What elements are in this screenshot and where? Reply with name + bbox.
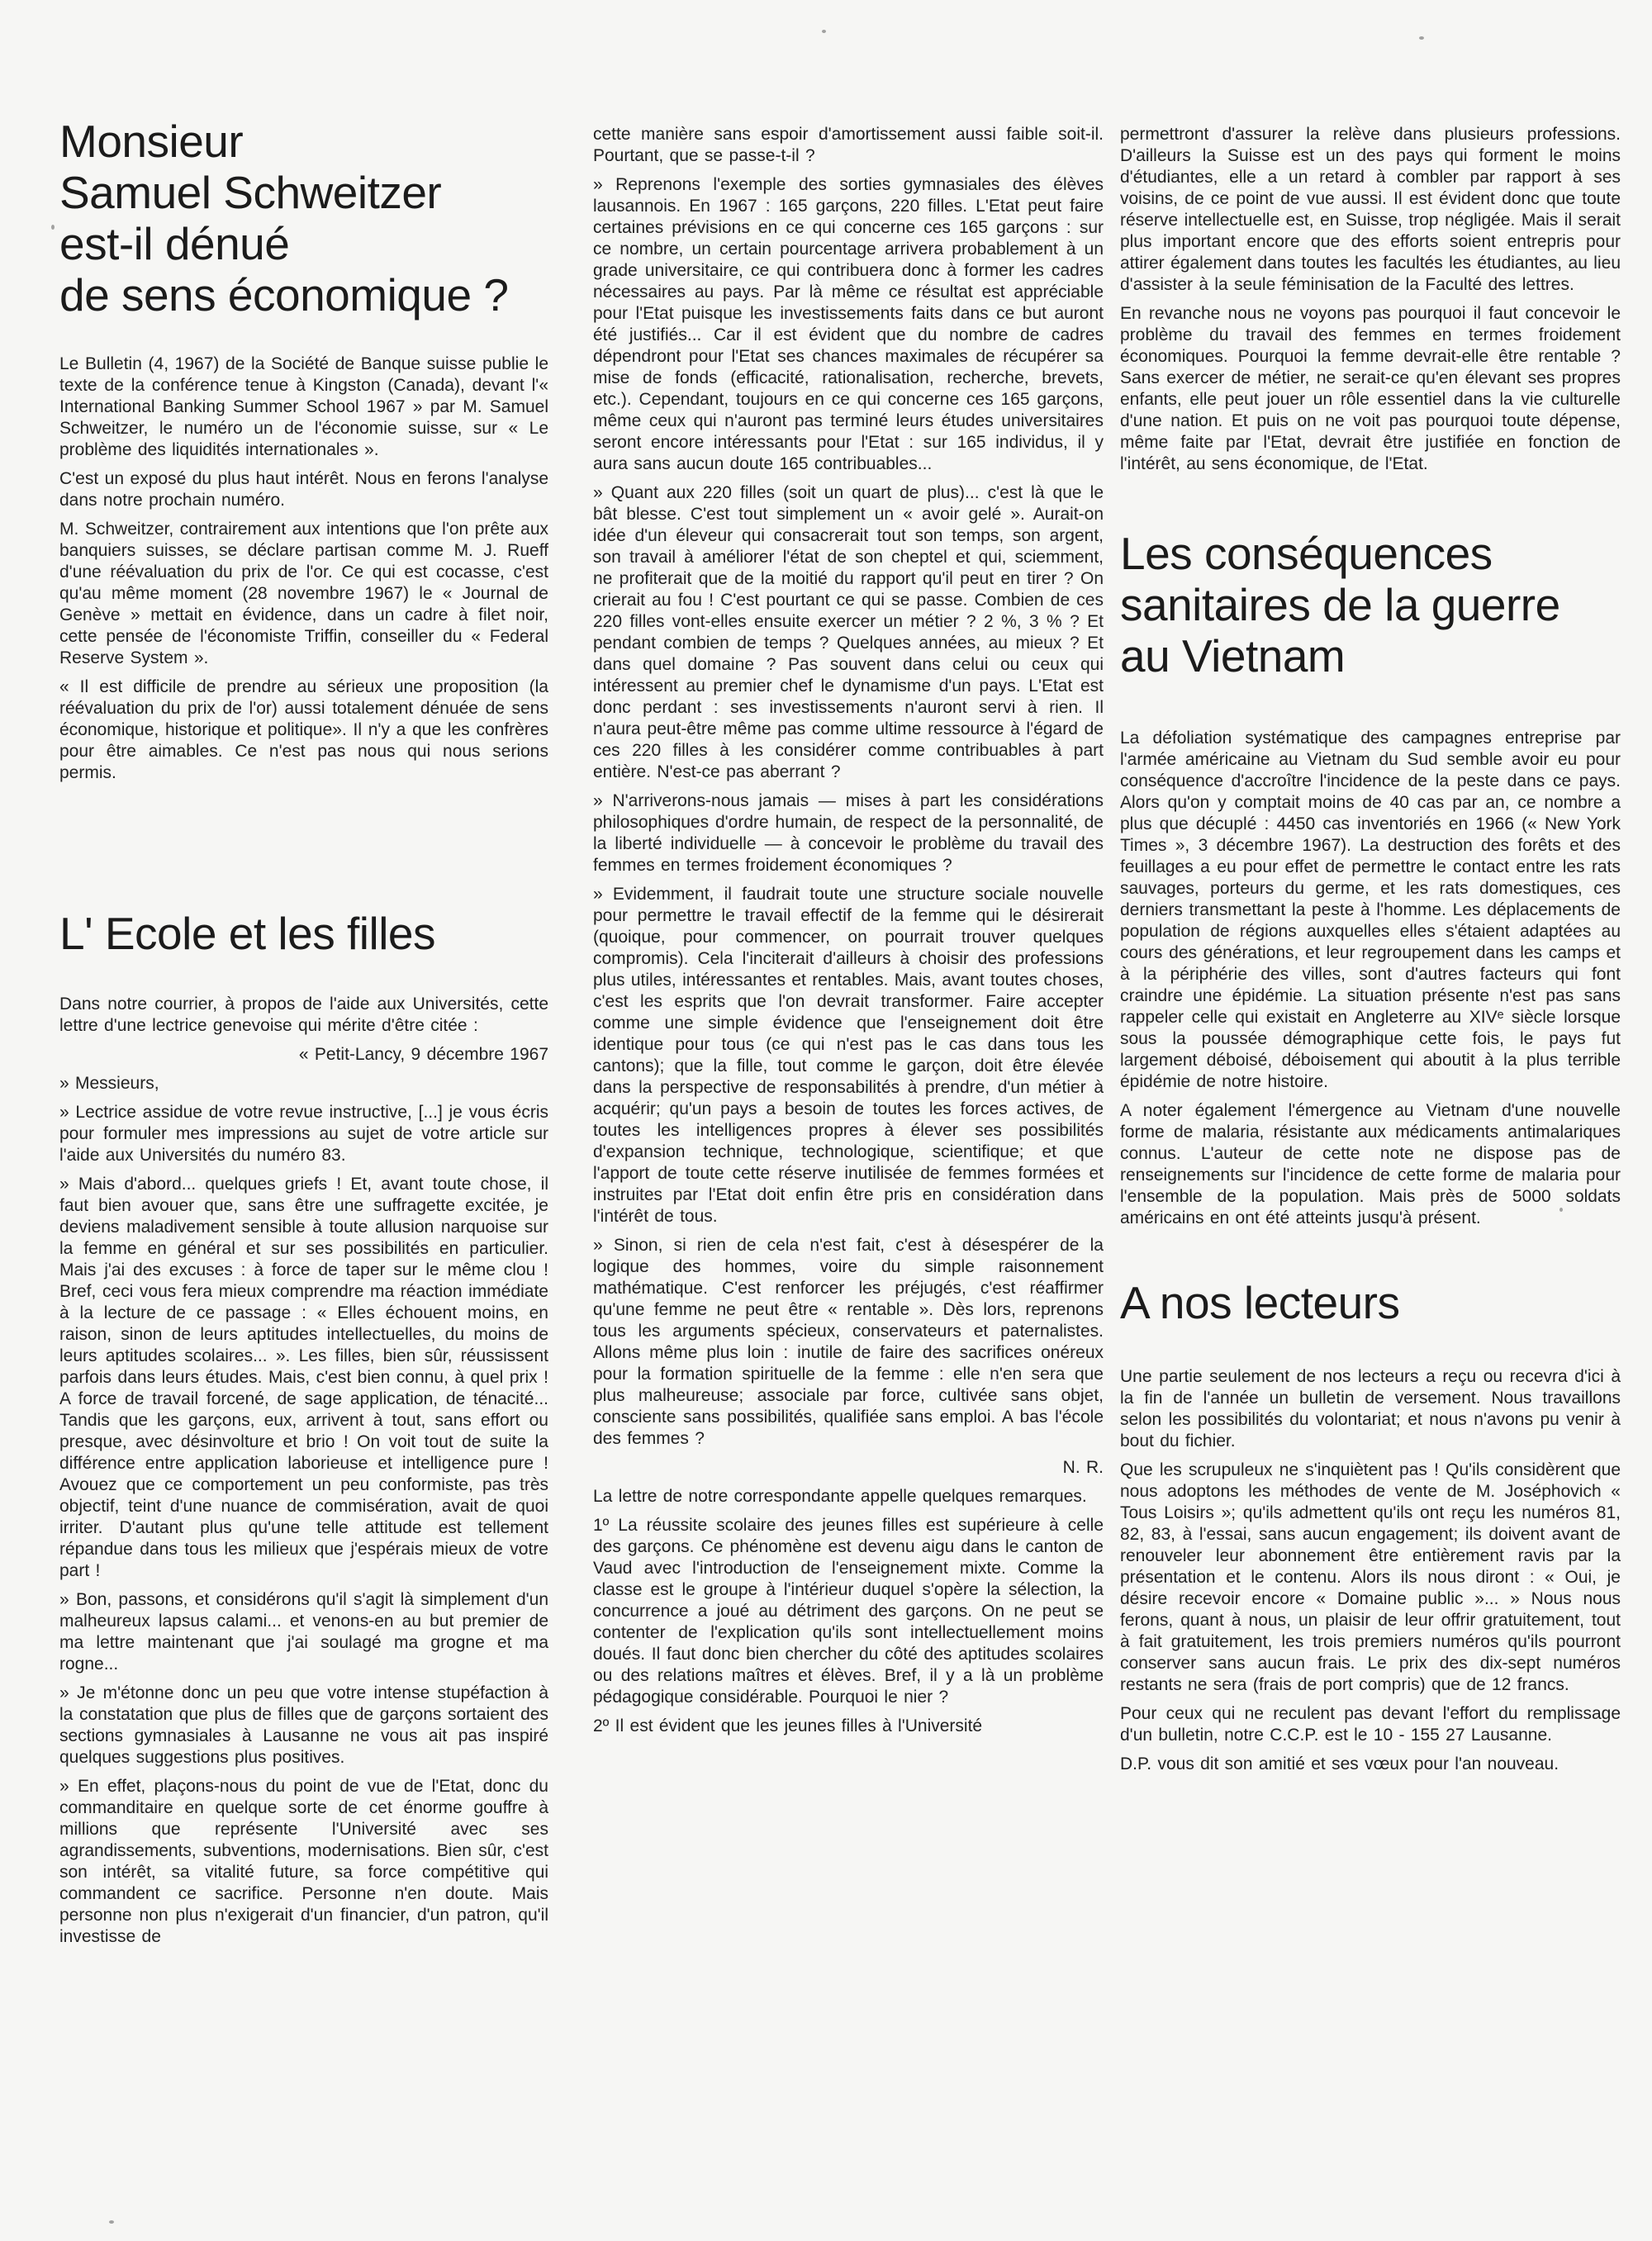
paragraph: cette manière sans espoir d'amortissemen…	[593, 124, 1104, 167]
article-body-schweitzer: Le Bulletin (4, 1967) de la Société de B…	[59, 354, 548, 784]
paragraph: En revanche nous ne voyons pas pourquoi …	[1120, 303, 1621, 475]
column-left: Monsieur Samuel Schweitzer est-il dénué …	[59, 116, 548, 1955]
paragraph: » Bon, passons, et considérons qu'il s'a…	[59, 1589, 548, 1675]
paragraph: A noter également l'émergence au Vietnam…	[1120, 1100, 1621, 1229]
article-body-ecole: Dans notre courrier, à propos de l'aide …	[59, 994, 548, 1948]
paragraph: D.P. vous dit son amitié et ses vœux pou…	[1120, 1754, 1621, 1775]
title-line: Monsieur	[59, 116, 548, 167]
newspaper-page: Monsieur Samuel Schweitzer est-il dénué …	[0, 0, 1652, 2241]
column-middle: cette manière sans espoir d'amortissemen…	[593, 124, 1104, 1745]
paragraph: » N'arriverons-nous jamais — mises à par…	[593, 791, 1104, 876]
paragraph: Une partie seulement de nos lecteurs a r…	[1120, 1366, 1621, 1452]
scan-speck	[109, 2220, 114, 2224]
title-line: de sens économique ?	[59, 269, 548, 320]
paragraph: Que les scrupuleux ne s'inquiètent pas !…	[1120, 1460, 1621, 1696]
paragraph: La défoliation systématique des campagne…	[1120, 728, 1621, 1093]
paragraph: » Sinon, si rien de cela n'est fait, c'e…	[593, 1235, 1104, 1450]
article-body-lecteurs: Une partie seulement de nos lecteurs a r…	[1120, 1366, 1621, 1775]
paragraph: permettront d'assurer la relève dans plu…	[1120, 124, 1621, 296]
paragraph: » Lectrice assidue de votre revue instru…	[59, 1102, 548, 1166]
title-line: est-il dénué	[59, 218, 548, 269]
paragraph: » Quant aux 220 filles (soit un quart de…	[593, 482, 1104, 783]
scan-speck	[1419, 36, 1424, 40]
title-line: Les conséquences	[1120, 528, 1621, 579]
scan-speck	[51, 225, 55, 230]
article-title-lecteurs: A nos lecteurs	[1120, 1277, 1621, 1328]
title-line: au Vietnam	[1120, 630, 1621, 681]
scanned-newspaper-page: { "article_schweitzer": { "title_lines":…	[0, 0, 1652, 2241]
paragraph: 1º La réussite scolaire des jeunes fille…	[593, 1515, 1104, 1708]
paragraph: La lettre de notre correspondante appell…	[593, 1486, 1104, 1507]
paragraph: « Il est difficile de prendre au sérieux…	[59, 677, 548, 784]
article-title-ecole: L' Ecole et les filles	[59, 908, 548, 959]
column-right: permettront d'assurer la relève dans plu…	[1120, 124, 1621, 1783]
paragraph: Pour ceux qui ne reculent pas devant l'e…	[1120, 1703, 1621, 1746]
article-body-vietnam: La défoliation systématique des campagne…	[1120, 728, 1621, 1229]
paragraph: » Je m'étonne donc un peu que votre inte…	[59, 1683, 548, 1769]
paragraph: » En effet, plaçons-nous du point de vue…	[59, 1776, 548, 1948]
paragraph: M. Schweitzer, contrairement aux intenti…	[59, 519, 548, 669]
title-line: sanitaires de la guerre	[1120, 579, 1621, 630]
paragraph: » Evidemment, il faudrait toute une stru…	[593, 884, 1104, 1227]
article-title-vietnam: Les conséquences sanitaires de la guerre…	[1120, 528, 1621, 681]
paragraph: » Mais d'abord... quelques griefs ! Et, …	[59, 1174, 548, 1582]
article-title-schweitzer: Monsieur Samuel Schweitzer est-il dénué …	[59, 116, 548, 320]
paragraph: 2º Il est évident que les jeunes filles …	[593, 1716, 1104, 1737]
title-line: Samuel Schweitzer	[59, 167, 548, 218]
paragraph: « Petit-Lancy, 9 décembre 1967	[59, 1044, 548, 1066]
paragraph: N. R.	[593, 1457, 1104, 1479]
paragraph: Le Bulletin (4, 1967) de la Société de B…	[59, 354, 548, 461]
article-body-ecole-continued: cette manière sans espoir d'amortissemen…	[593, 124, 1104, 1737]
paragraph: Dans notre courrier, à propos de l'aide …	[59, 994, 548, 1037]
paragraph: » Messieurs,	[59, 1073, 548, 1094]
paragraph: C'est un exposé du plus haut intérêt. No…	[59, 468, 548, 511]
paragraph: » Reprenons l'exemple des sorties gymnas…	[593, 174, 1104, 475]
scan-speck	[822, 30, 826, 33]
article-body-schweitzer-continued: permettront d'assurer la relève dans plu…	[1120, 124, 1621, 475]
